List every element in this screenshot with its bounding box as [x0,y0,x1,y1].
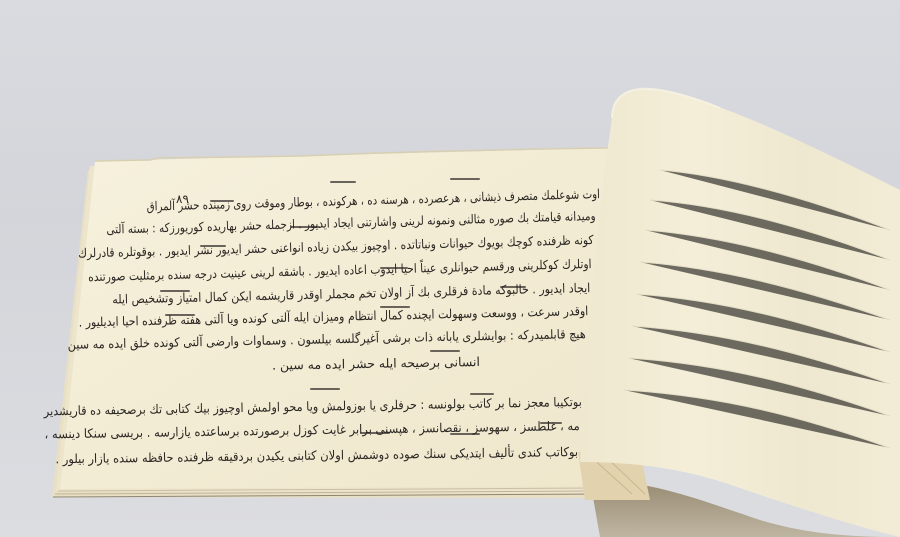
text-line: بوتكيبا معجز نما بر كاتب بولونسه : حرفلر… [44,396,582,418]
text-line: انسانى برصيحه ايله حشر ايده مه سين . [272,356,480,372]
overline-mark [310,388,340,390]
text-line: ايجاد ايديور . حالبوكه مادة فرقلرى بك آز… [112,282,590,306]
overline-mark [330,181,356,183]
text-line: بوكاتب كندى تأليف ايتديكى سنك صوده دوشمش… [55,446,578,466]
text-line: مه ، غلطسز ، سهوسز ، نقصانسز ، هپسنى برا… [45,420,580,441]
text-line: وميدانه قيامتك بك صوره مثالنى ونمونه لري… [107,210,596,236]
manuscript-photo: ٨٩ اوت شوعلمك متصرف ذيشانى ، هرعصرده ، ه… [0,0,900,537]
text-line: اوقدر سرعت ، ووسعت وسهولت ايچنده كمال ان… [78,305,588,329]
text-line: اوتلرك كوكلرينى ورقسم حيوانلرى عيناً احي… [88,258,592,284]
text-line: هيچ قابلميدركه : بوايشلرى يابانه ذات برش… [68,328,586,351]
text-line: كونه ظرفنده كوچك بويوك حيوانات ونباتاتده… [78,234,594,260]
overline-mark [450,178,480,180]
overline-mark [430,350,460,352]
manuscript-text: ٨٩ اوت شوعلمك متصرف ذيشانى ، هرعصرده ، ه… [0,0,900,537]
